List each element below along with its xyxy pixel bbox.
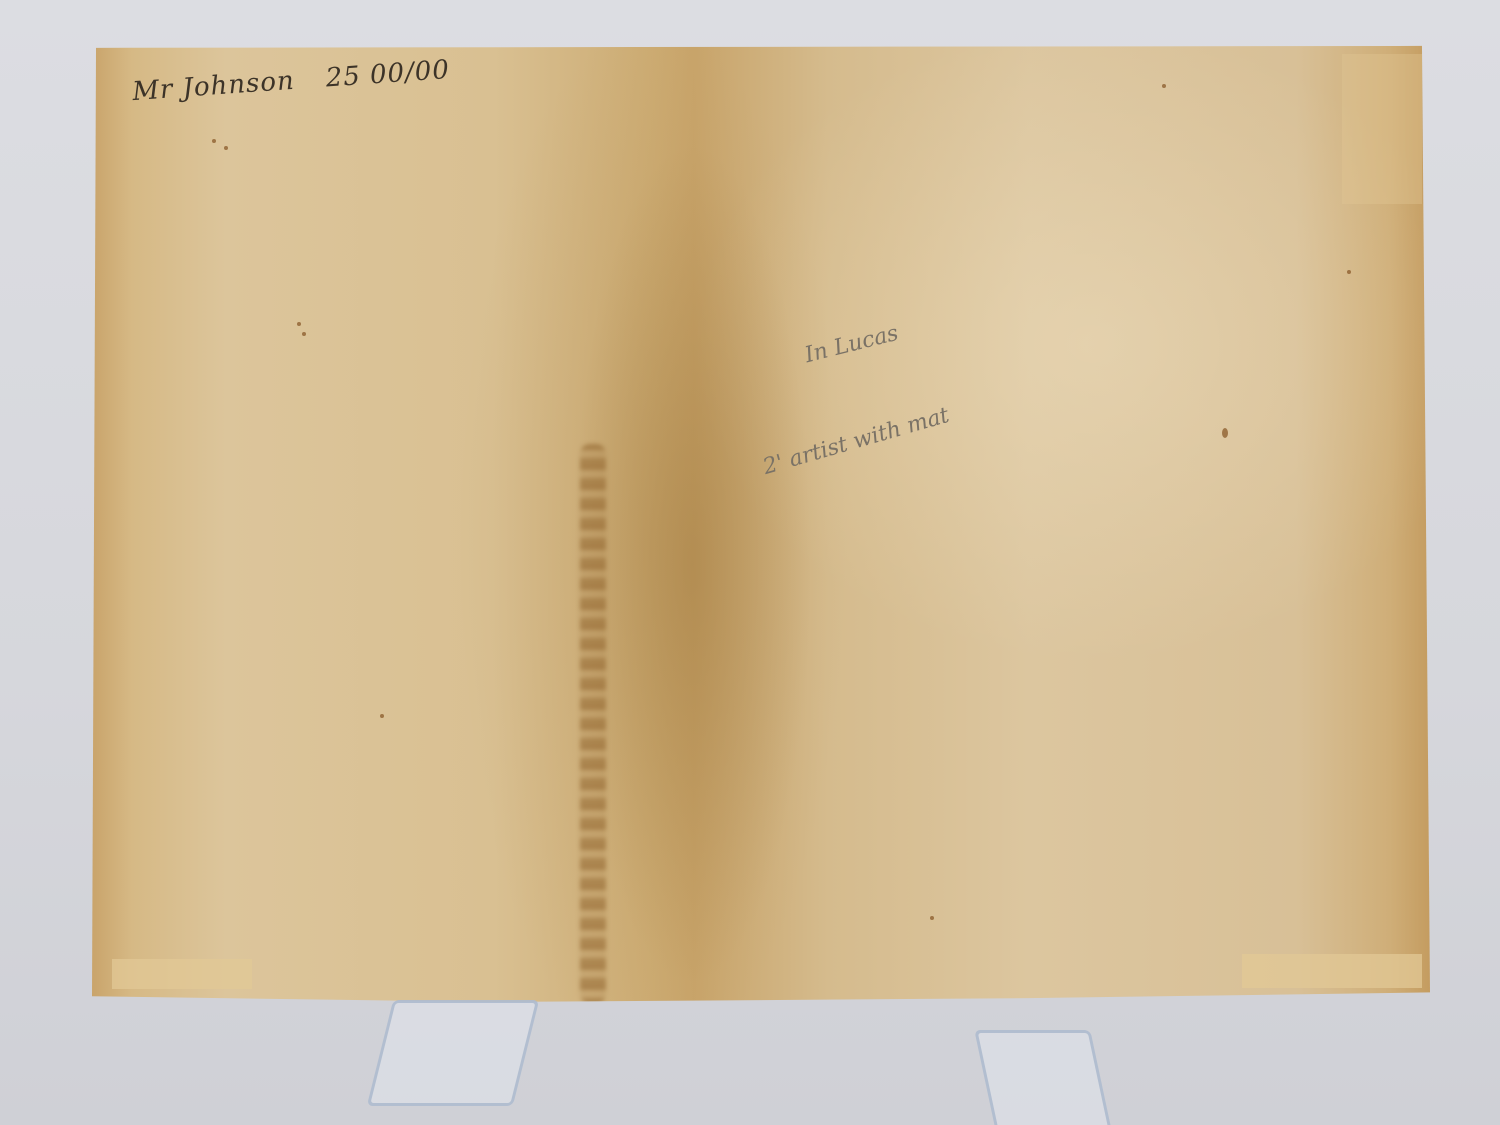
foxing-spot	[1347, 270, 1351, 274]
ink-name-text: Mr Johnson	[131, 66, 295, 107]
foxing-spot	[302, 332, 306, 336]
foxing-spot	[1222, 428, 1228, 438]
paper-sheet: Mr Johnson 25 00/00 In Lucas 2' artist w…	[92, 44, 1430, 1002]
ink-inscription-name: Mr Johnson 25 00/00	[131, 55, 450, 107]
pencil-inscription-note: 2' artist with mat	[760, 403, 952, 480]
acrylic-stand-right	[974, 1030, 1111, 1125]
foxing-spot	[1162, 84, 1166, 88]
foxing-spot	[930, 916, 934, 920]
tape-bottom-left	[112, 959, 252, 989]
acrylic-stand-left	[367, 1000, 539, 1106]
fold-stain	[580, 444, 606, 1004]
pencil-inscription-name: In Lucas	[802, 321, 901, 368]
tape-top-right	[1342, 54, 1422, 204]
foxing-spot	[212, 139, 216, 143]
tape-bottom-right	[1242, 954, 1422, 988]
foxing-spot	[380, 714, 384, 718]
foxing-spot	[224, 146, 228, 150]
ink-number-text: 25 00/00	[325, 55, 451, 94]
foxing-spot	[297, 322, 301, 326]
